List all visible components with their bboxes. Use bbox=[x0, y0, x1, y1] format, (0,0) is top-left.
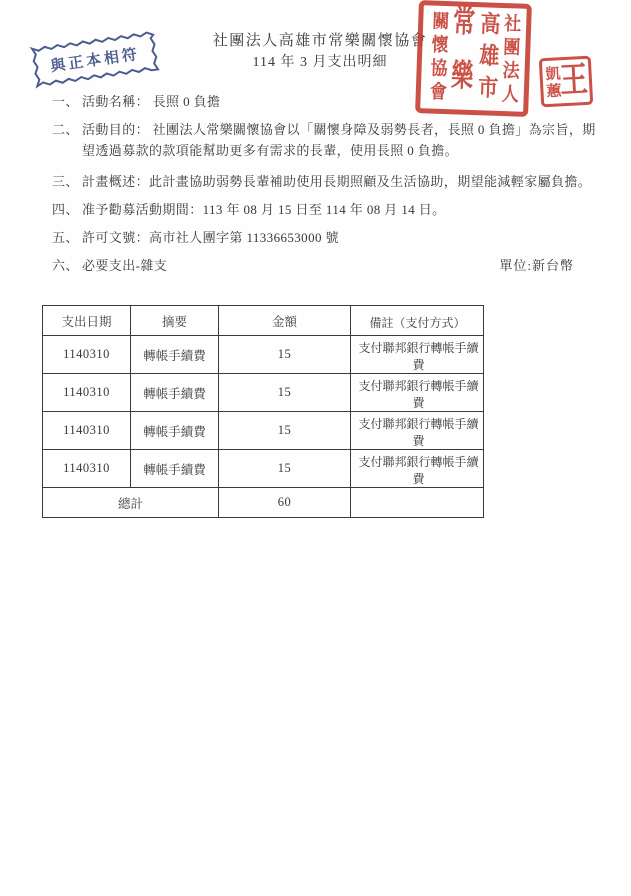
document-page: 與正本相符 社團法人高雄市常樂關懷協會 114 年 3 月支出明細 社團法人 高… bbox=[0, 0, 631, 896]
expense-date-cell: 1140310 bbox=[43, 374, 131, 412]
currency-unit-label: 單位:新台幣 bbox=[499, 255, 574, 276]
remark-cell: 支付聯邦銀行轉帳手續費 bbox=[351, 336, 484, 374]
table-total-row: 總計 60 bbox=[43, 488, 484, 518]
item-number: 六、 bbox=[52, 255, 82, 276]
table-row-2: 1140310 轉帳手續費 15 支付聯邦銀行轉帳手續費 bbox=[43, 374, 484, 412]
list-item-4: 四、 准予勸募活動期間：113 年 08 月 15 日至 114 年 08 月 … bbox=[52, 199, 600, 220]
table-row-3: 1140310 轉帳手續費 15 支付聯邦銀行轉帳手續費 bbox=[43, 412, 484, 450]
remark-cell: 支付聯邦銀行轉帳手續費 bbox=[351, 374, 484, 412]
col-header-remark: 備註（支付方式） bbox=[351, 306, 484, 336]
table-row-4: 1140310 轉帳手續費 15 支付聯邦銀行轉帳手續費 bbox=[43, 450, 484, 488]
item-number: 四、 bbox=[52, 199, 82, 220]
summary-cell: 轉帳手續費 bbox=[131, 412, 219, 450]
table-row-1: 1140310 轉帳手續費 15 支付聯邦銀行轉帳手續費 bbox=[43, 336, 484, 374]
col-header-amount: 金額 bbox=[219, 306, 351, 336]
summary-cell: 轉帳手續費 bbox=[131, 374, 219, 412]
summary-cell: 轉帳手續費 bbox=[131, 336, 219, 374]
amount-cell: 15 bbox=[219, 412, 351, 450]
list-item-3: 三、 計畫概述：此計畫協助弱勢長輩補助使用長期照顧及生活協助，期望能減輕家屬負擔… bbox=[52, 171, 600, 192]
item-text-activity-name: 活動名稱： 長照 0 負擔 bbox=[82, 91, 600, 112]
item-text-permit-number: 許可文號：高市社人團字第 11336653000 號 bbox=[82, 227, 600, 248]
remark-cell: 支付聯邦銀行轉帳手續費 bbox=[351, 450, 484, 488]
list-item-1: 一、 活動名稱： 長照 0 負擔 bbox=[52, 91, 600, 112]
col-header-expense-date: 支出日期 bbox=[43, 306, 131, 336]
list-item-2: 二、 活動目的： 社團法人常樂關懷協會以「關懷身障及弱勢長者，長照 0 負擔」為… bbox=[52, 119, 600, 161]
expense-date-cell: 1140310 bbox=[43, 412, 131, 450]
table-header-row: 支出日期 摘要 金額 備註（支付方式） bbox=[43, 306, 484, 336]
remark-cell: 支付聯邦銀行轉帳手續費 bbox=[351, 412, 484, 450]
list-item-6: 六、 必要支出-雜支 單位:新台幣 bbox=[52, 255, 600, 276]
expense-date-cell: 1140310 bbox=[43, 336, 131, 374]
item-text-fundraising-period: 准予勸募活動期間：113 年 08 月 15 日至 114 年 08 月 14 … bbox=[82, 199, 600, 220]
amount-cell: 15 bbox=[219, 336, 351, 374]
expense-date-cell: 1140310 bbox=[43, 450, 131, 488]
summary-cell: 轉帳手續費 bbox=[131, 450, 219, 488]
list-item-5: 五、 許可文號：高市社人團字第 11336653000 號 bbox=[52, 227, 600, 248]
item-text-activity-purpose: 活動目的： 社團法人常樂關懷協會以「關懷身障及弱勢長者，長照 0 負擔」為宗旨，… bbox=[82, 119, 600, 161]
item-number: 一、 bbox=[52, 91, 82, 112]
total-remark-cell bbox=[351, 488, 484, 518]
total-amount-cell: 60 bbox=[219, 488, 351, 518]
amount-cell: 15 bbox=[219, 450, 351, 488]
item-text-plan-overview: 計畫概述：此計畫協助弱勢長輩補助使用長期照顧及生活協助，期望能減輕家屬負擔。 bbox=[82, 171, 600, 192]
item-number: 三、 bbox=[52, 171, 82, 192]
col-header-summary: 摘要 bbox=[131, 306, 219, 336]
total-label-cell: 總計 bbox=[43, 488, 219, 518]
expense-table: 支出日期 摘要 金額 備註（支付方式） 1140310 轉帳手續費 15 支付聯… bbox=[42, 305, 484, 518]
item-number: 二、 bbox=[52, 119, 82, 140]
amount-cell: 15 bbox=[219, 374, 351, 412]
item-number: 五、 bbox=[52, 227, 82, 248]
